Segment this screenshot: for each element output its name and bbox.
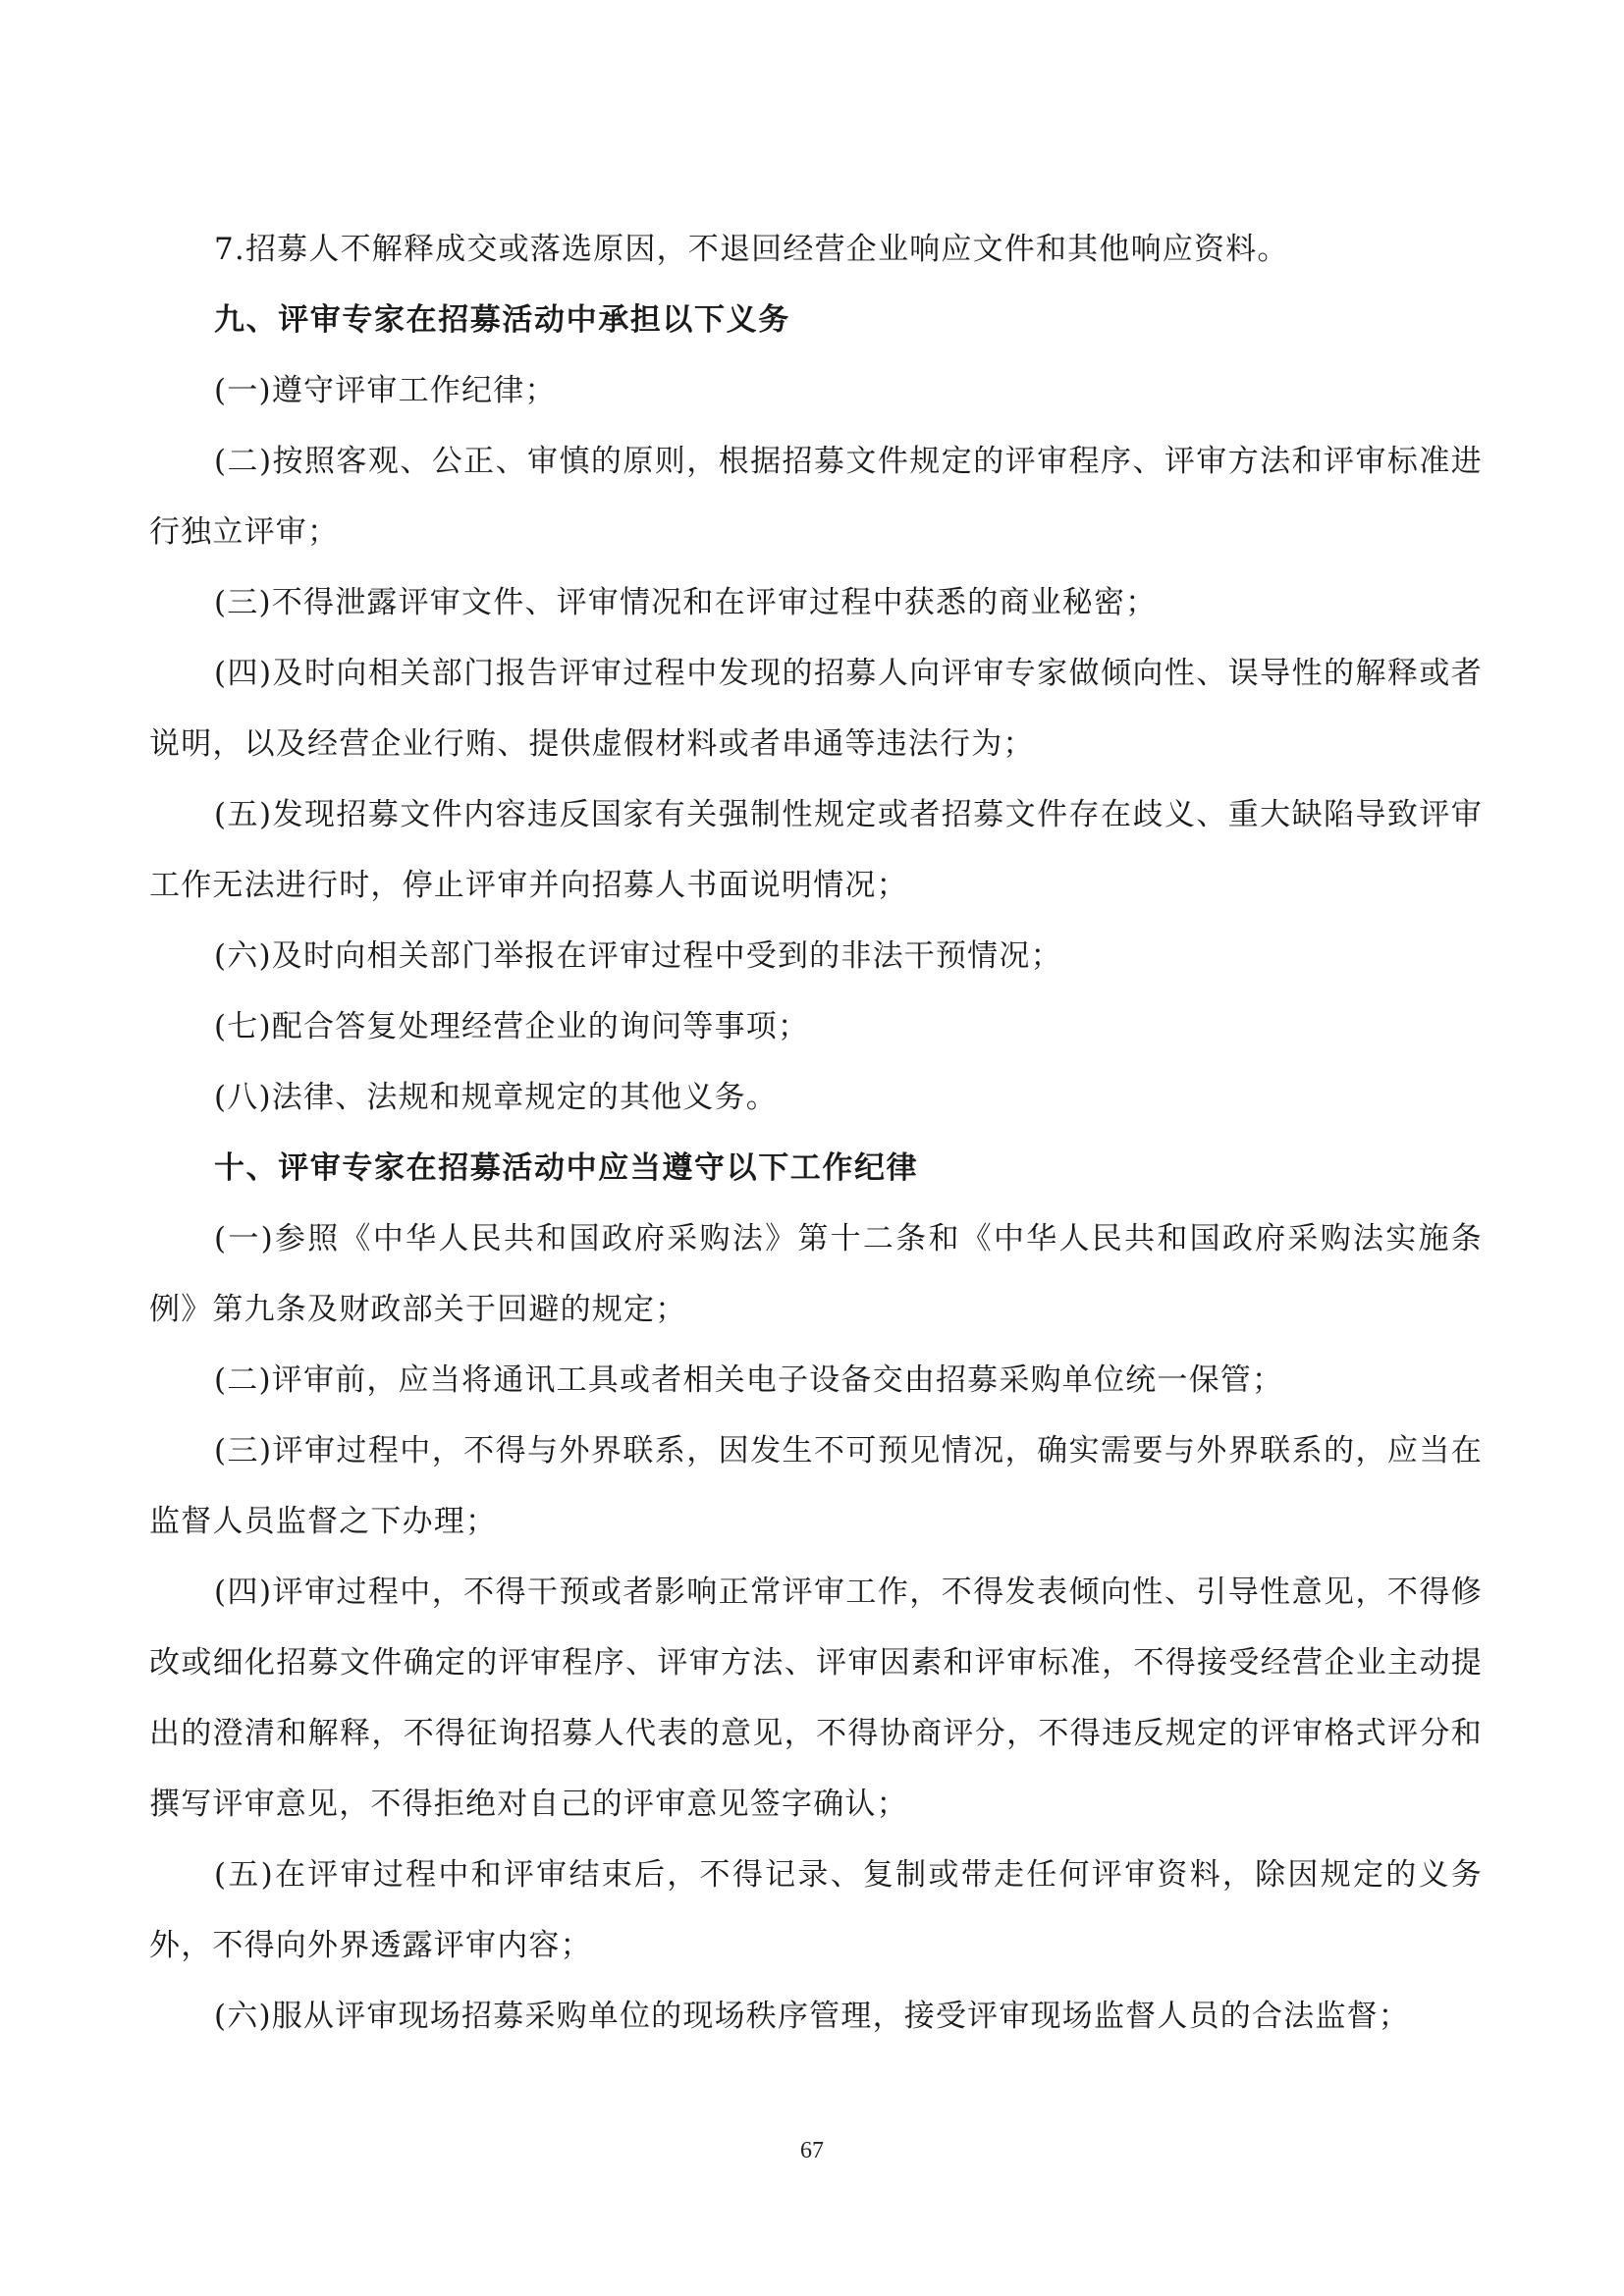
obligation-item-7: (七)配合答复处理经营企业的询问等事项； — [149, 991, 1483, 1062]
obligation-item-8: (八)法律、法规和规章规定的其他义务。 — [149, 1062, 1483, 1133]
obligation-item-4: (四)及时向相关部门报告评审过程中发现的招募人向评审专家做倾向性、误导性的解释或… — [149, 638, 1483, 779]
page-number: 67 — [0, 2138, 1624, 2164]
discipline-item-3: (三)评审过程中，不得与外界联系，因发生不可预见情况，确实需要与外界联系的，应当… — [149, 1415, 1483, 1557]
document-page: 7.招募人不解释成交或落选原因，不退回经营企业响应文件和其他响应资料。 九、评审… — [0, 0, 1624, 2296]
section-heading-9-obligations: 九、评审专家在招募活动中承担以下义务 — [149, 285, 1483, 355]
obligation-item-6: (六)及时向相关部门举报在评审过程中受到的非法干预情况； — [149, 921, 1483, 991]
discipline-item-6: (六)服从评审现场招募采购单位的现场秩序管理，接受评审现场监督人员的合法监督； — [149, 1981, 1483, 2052]
discipline-item-1: (一)参照《中华人民共和国政府采购法》第十二条和《中华人民共和国政府采购法实施条… — [149, 1203, 1483, 1345]
document-body: 7.招募人不解释成交或落选原因，不退回经营企业响应文件和其他响应资料。 九、评审… — [149, 214, 1483, 2052]
obligation-item-3: (三)不得泄露评审文件、评审情况和在评审过程中获悉的商业秘密； — [149, 567, 1483, 638]
obligation-item-1: (一)遵守评审工作纪律； — [149, 355, 1483, 426]
paragraph-item-7: 7.招募人不解释成交或落选原因，不退回经营企业响应文件和其他响应资料。 — [149, 214, 1483, 285]
obligation-item-5: (五)发现招募文件内容违反国家有关强制性规定或者招募文件存在歧义、重大缺陷导致评… — [149, 779, 1483, 921]
obligation-item-2: (二)按照客观、公正、审慎的原则，根据招募文件规定的评审程序、评审方法和评审标准… — [149, 426, 1483, 567]
discipline-item-4: (四)评审过程中，不得干预或者影响正常评审工作，不得发表倾向性、引导性意见，不得… — [149, 1557, 1483, 1840]
discipline-item-5: (五)在评审过程中和评审结束后，不得记录、复制或带走任何评审资料，除因规定的义务… — [149, 1840, 1483, 1981]
section-heading-10-discipline: 十、评审专家在招募活动中应当遵守以下工作纪律 — [149, 1133, 1483, 1203]
discipline-item-2: (二)评审前，应当将通讯工具或者相关电子设备交由招募采购单位统一保管； — [149, 1345, 1483, 1415]
